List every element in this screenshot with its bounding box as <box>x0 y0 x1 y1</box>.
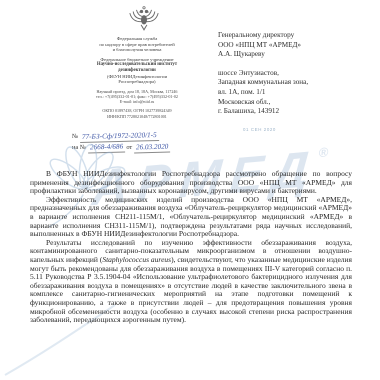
body-paragraph-2: Эффективность медицинских изделий произв… <box>30 196 352 239</box>
body-paragraph-1: В ФБУН НИИДезинфектологии Роспотребнадзо… <box>30 170 352 196</box>
body-paragraph-3: Результаты исследований по изучению эффе… <box>30 239 352 325</box>
date-stamp: 01 СЕН 2020 <box>243 127 276 132</box>
russian-coat-of-arms-icon <box>127 4 161 34</box>
recipient-address-line: вл. 1А, пом. 1/1 <box>218 88 368 98</box>
recipient-block: Генеральному директору ООО «НПЦ МТ «АРМЕ… <box>218 31 368 117</box>
recipient-person: А.А. Щукареву <box>218 50 368 60</box>
inn-kpp-line: ИНН/КПП 7728021048/772801001 <box>52 114 222 119</box>
recipient-address-line: Западная коммунальная зона, <box>218 78 368 88</box>
recipient-company: ООО «НПЦ МТ «АРМЕД» <box>218 41 368 51</box>
recipient-address-line: г. Балашиха, 143912 <box>218 107 368 117</box>
letter-body: В ФБУН НИИДезинфектологии Роспотребнадзо… <box>30 170 352 325</box>
recipient-address-line: шоссе Энтузиастов, <box>218 69 368 79</box>
letterhead: Федеральная служба по надзору в сфере пр… <box>52 36 222 119</box>
official-letter-page: Федеральная служба по надзору в сфере пр… <box>0 0 380 380</box>
recipient-address-line: Московская обл., <box>218 98 368 108</box>
registered-mark-icon: ® <box>318 144 329 160</box>
recipient-title: Генеральному директору <box>218 31 368 41</box>
